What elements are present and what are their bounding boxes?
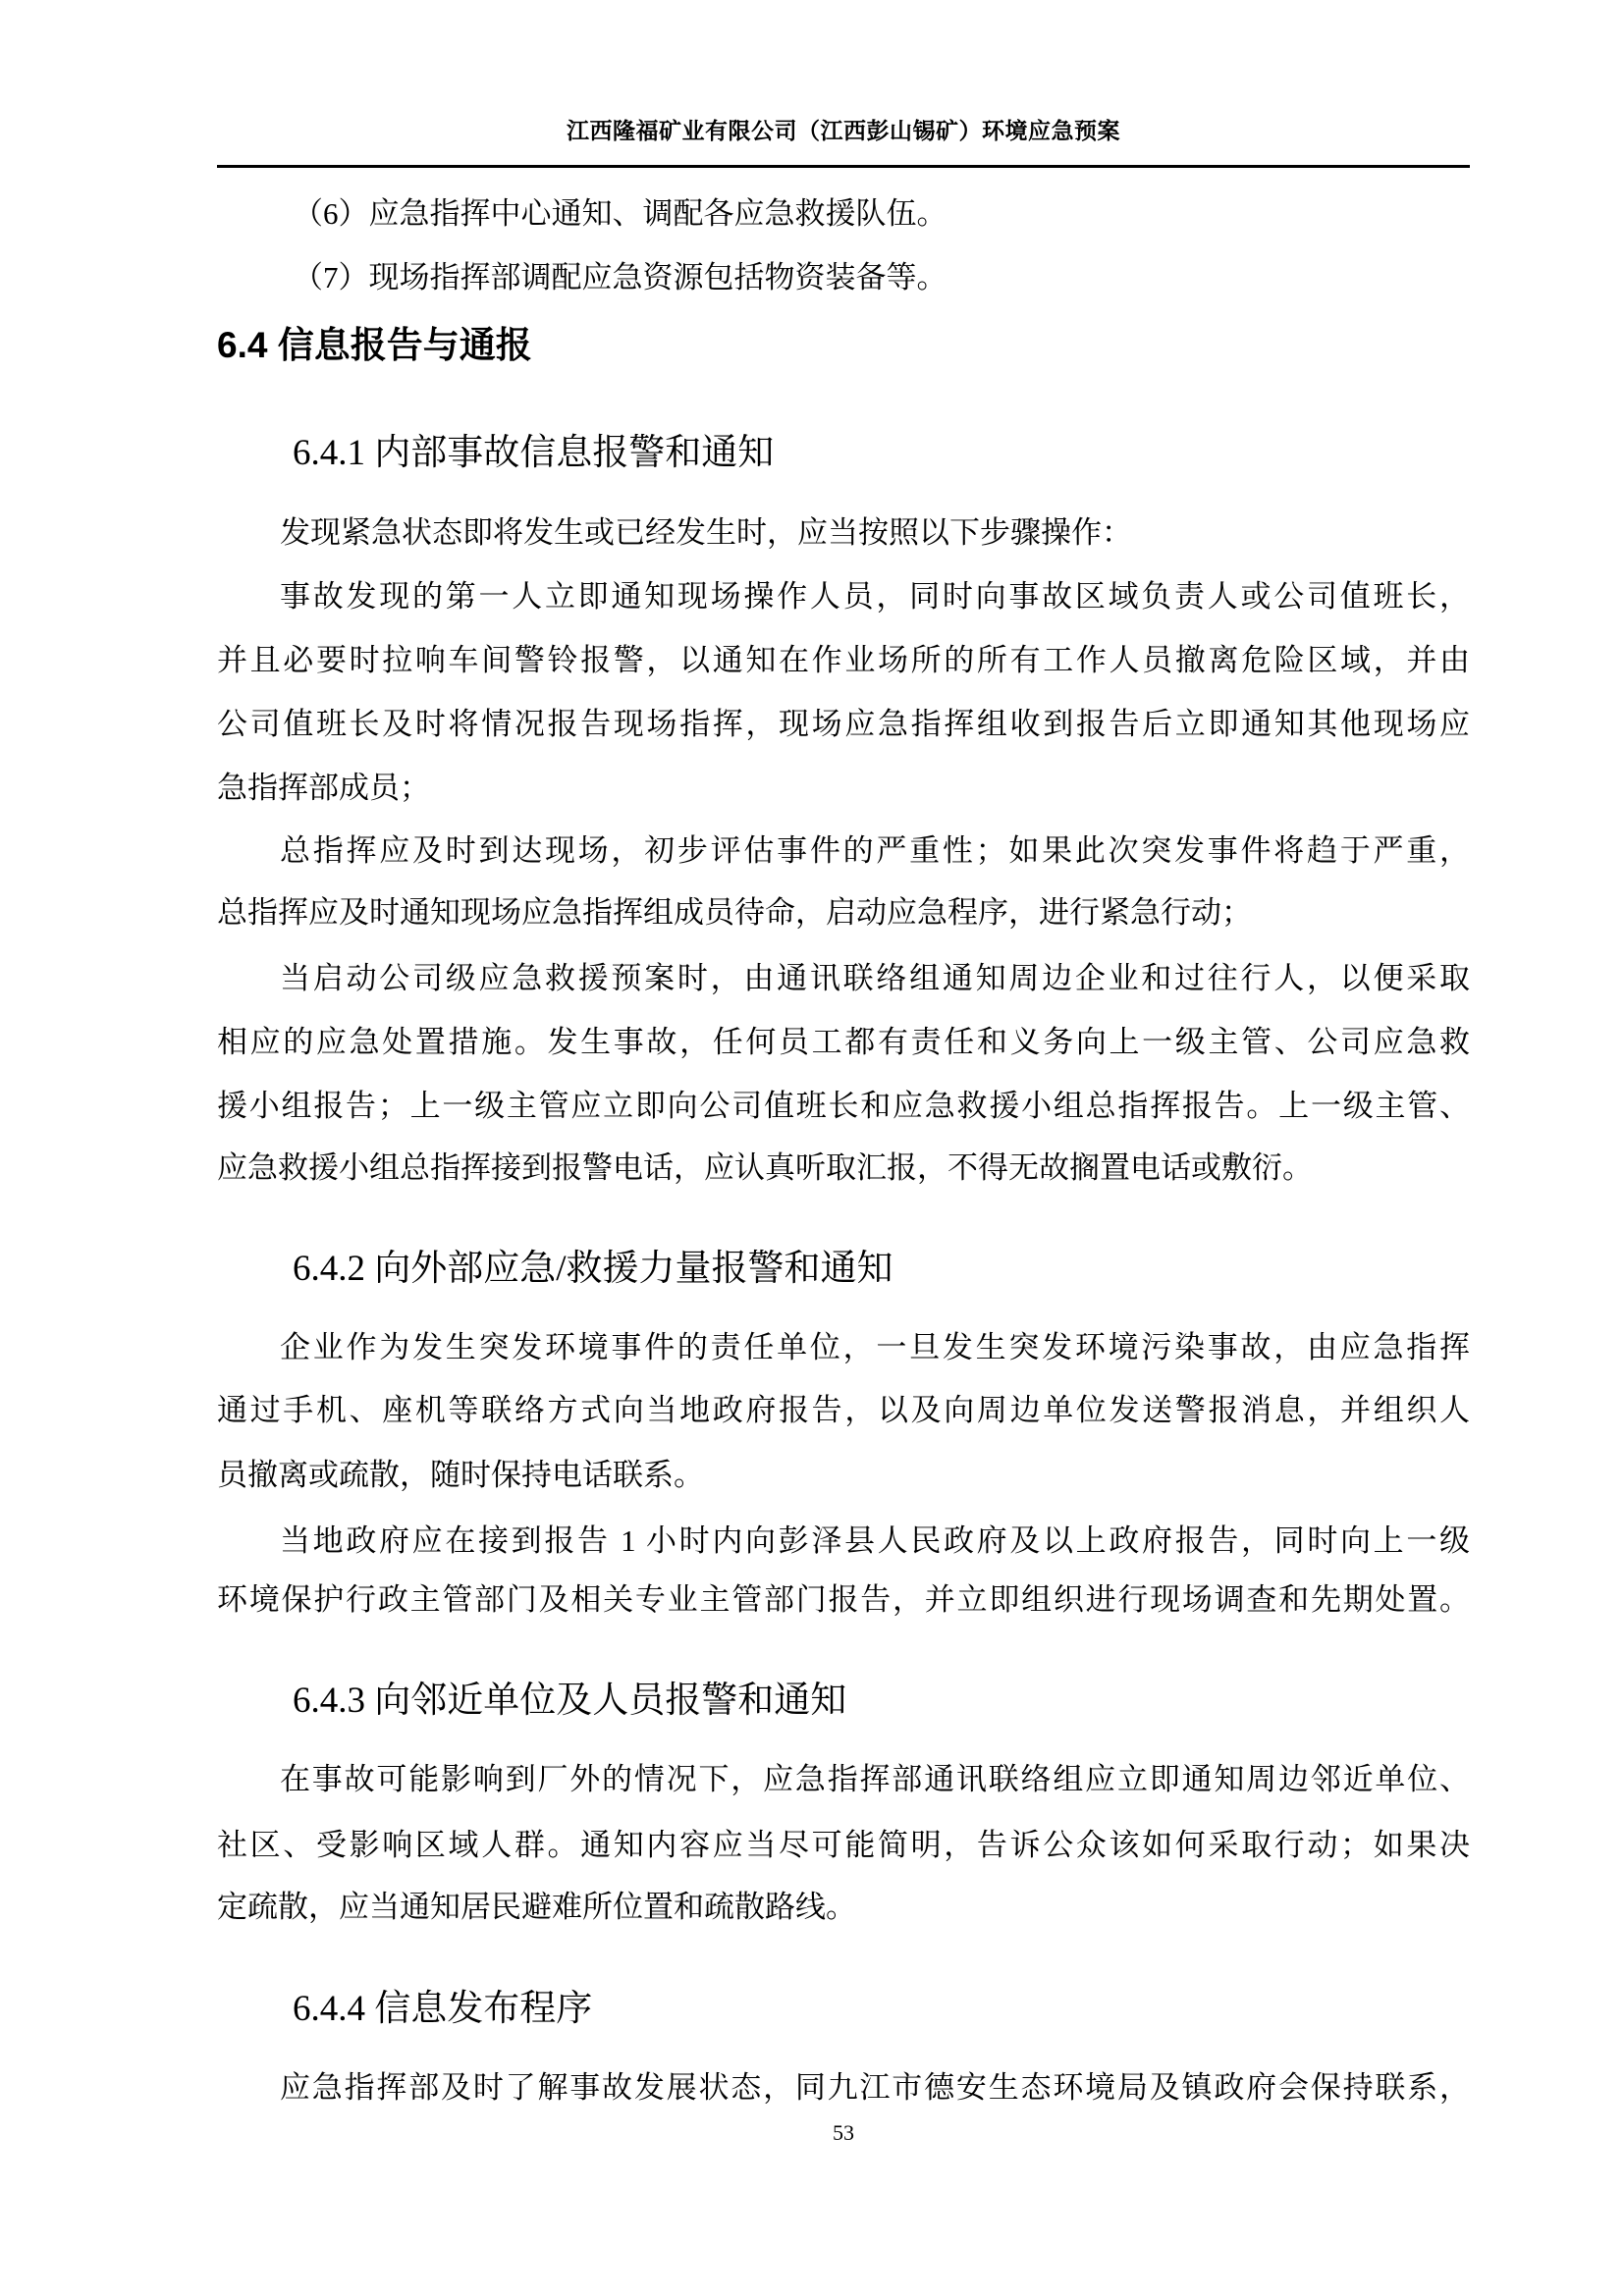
page-number: 53	[217, 2118, 1470, 2148]
header-rule	[217, 165, 1470, 168]
paragraph-line: 企业作为发生突发环境事件的责任单位，一旦发生突发环境污染事故，由应急指挥	[217, 1323, 1470, 1372]
paragraph-line: 总指挥应及时通知现场应急指挥组成员待命，启动应急程序，进行紧急行动；	[217, 888, 1470, 937]
paragraph-line: 援小组报告；上一级主管应立即向公司值班长和应急救援小组总指挥报告。上一级主管、	[217, 1082, 1470, 1131]
paragraph-line: 通过手机、座机等联络方式向当地政府报告，以及向周边单位发送警报消息，并组织人	[217, 1386, 1470, 1435]
paragraph-line: 在事故可能影响到厂外的情况下，应急指挥部通讯联络组应立即通知周边邻近单位、	[217, 1755, 1470, 1804]
paragraph-line: 并且必要时拉响车间警铃报警，以通知在作业场所的所有工作人员撤离危险区域，并由	[217, 636, 1470, 685]
paragraph-line: 定疏散，应当通知居民避难所位置和疏散路线。	[217, 1883, 1470, 1932]
paragraph-line: 应急指挥部及时了解事故发展状态，同九江市德安生态环境局及镇政府会保持联系，	[217, 2063, 1470, 2112]
paragraph-line: 事故发现的第一人立即通知现场操作人员，同时向事故区域负责人或公司值班长，	[217, 572, 1470, 621]
subsection-heading: 6.4.3 向邻近单位及人员报警和通知	[293, 1674, 846, 1729]
paragraph-line: 公司值班长及时将情况报告现场指挥，现场应急指挥组收到报告后立即通知其他现场应	[217, 700, 1470, 749]
paragraph-line: 应急救援小组总指挥接到报警电话，应认真听取汇报，不得无故搁置电话或敷衍。	[217, 1144, 1470, 1193]
paragraph-line: 社区、受影响区域人群。通知内容应当尽可能简明，告诉公众该如何采取行动；如果决	[217, 1821, 1470, 1870]
running-header: 江西隆福矿业有限公司（江西彭山锡矿）环境应急预案	[217, 113, 1470, 148]
paragraph-line: 总指挥应及时到达现场，初步评估事件的严重性；如果此次突发事件将趋于严重，	[217, 827, 1470, 876]
subsection-heading: 6.4.4 信息发布程序	[293, 1982, 592, 2037]
subsection-heading: 6.4.1 内部事故信息报警和通知	[293, 426, 774, 481]
paragraph-line: 发现紧急状态即将发生或已经发生时，应当按照以下步骤操作：	[217, 508, 1470, 558]
paragraph-line: 急指挥部成员；	[217, 764, 1470, 813]
section-heading: 6.4 信息报告与通报	[217, 318, 532, 373]
paragraph-line: 员撤离或疏散，随时保持电话联系。	[217, 1451, 1470, 1500]
subsection-heading: 6.4.2 向外部应急/救援力量报警和通知	[293, 1242, 893, 1297]
list-item: （7）现场指挥部调配应急资源包括物资装备等。	[217, 253, 1470, 302]
paragraph-line: 相应的应急处置措施。发生事故，任何员工都有责任和义务向上一级主管、公司应急救	[217, 1018, 1470, 1067]
list-item: （6）应急指挥中心通知、调配各应急救援队伍。	[217, 189, 1470, 239]
document-page: 江西隆福矿业有限公司（江西彭山锡矿）环境应急预案 （6）应急指挥中心通知、调配各…	[0, 0, 1624, 2296]
paragraph-line: 当启动公司级应急救援预案时，由通讯联络组通知周边企业和过往行人，以便采取	[217, 954, 1470, 1003]
paragraph-line: 当地政府应在接到报告 1 小时内向彭泽县人民政府及以上政府报告，同时向上一级	[217, 1517, 1470, 1566]
paragraph-line: 环境保护行政主管部门及相关专业主管部门报告，并立即组织进行现场调查和先期处置。	[217, 1575, 1470, 1625]
